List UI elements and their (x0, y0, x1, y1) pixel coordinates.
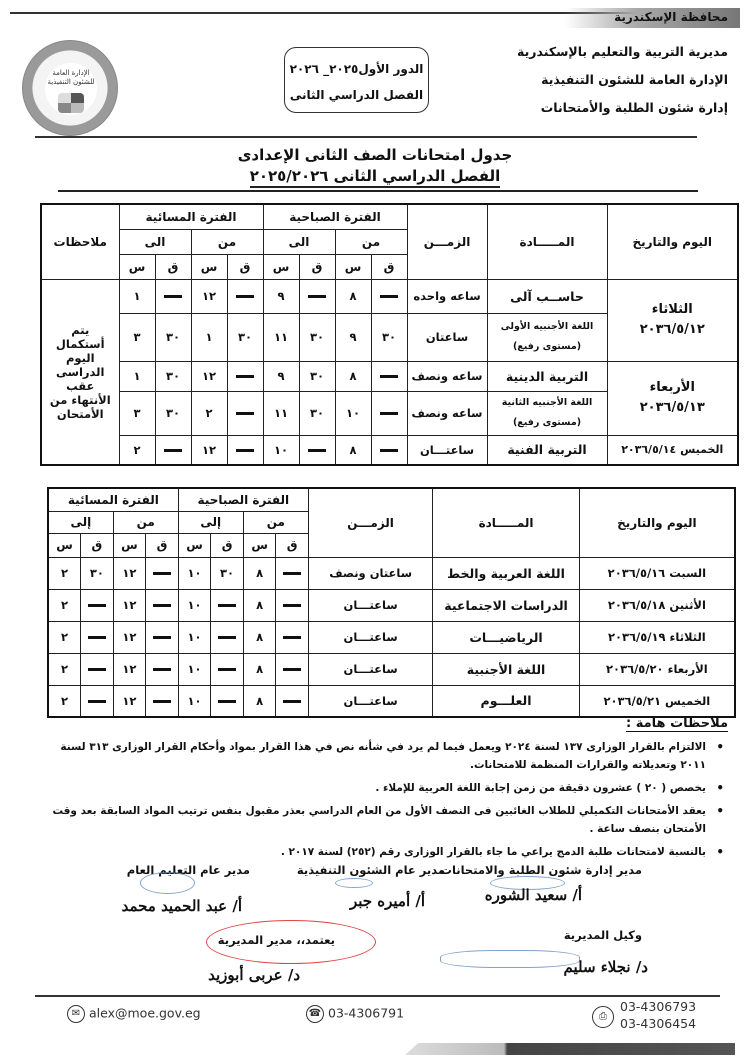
duration-cell: ساعتـــان (308, 685, 432, 717)
dash-mark (380, 295, 398, 298)
time-cell: ٨ (335, 279, 371, 313)
department-lines: مديرية التربية والتعليم بالإسكندرية الإد… (517, 38, 728, 122)
time-cell: ٣٠ (299, 361, 335, 391)
time-cell: ١٠ (178, 685, 211, 717)
time-cell (146, 653, 179, 685)
header-evening-to: الى (119, 229, 191, 254)
time-cell: ٨ (243, 557, 276, 589)
subject-cell: الدراسات الاجتماعية (433, 589, 579, 621)
note-item: يعقد الأمتحانات التكميلي للطلاب الغائبين… (48, 802, 728, 838)
time-cell: ٢ (48, 557, 81, 589)
time-cell: ٨ (335, 361, 371, 391)
header-subject: المـــــادة (433, 488, 579, 557)
header-minute: ق (211, 533, 244, 557)
header-morning-to: إلى (178, 511, 243, 533)
date-cell: الثلاثاء ٢٠٣٦/٥/١٩ (579, 621, 735, 653)
time-cell: ١١ (263, 313, 299, 361)
dash-mark (236, 412, 254, 415)
dash-mark (283, 604, 301, 607)
footer-phone: ☎03-4306791 (306, 1005, 404, 1023)
footer-email: ✉alex@moe.gov.eg (67, 1005, 201, 1023)
time-cell (155, 435, 191, 465)
time-cell: ٣ (119, 391, 155, 435)
header-duration: الزمـــن (407, 204, 487, 279)
time-cell (299, 279, 335, 313)
time-cell (227, 279, 263, 313)
signature-scribble-icon (440, 950, 580, 968)
table-row: السبت ٢٠٣٦/٥/١٦ اللغة العربية والخط ساعت… (48, 557, 735, 589)
subject-cell: اللغة الأجنبيه الأولى (مستوى رفيع) (487, 313, 607, 361)
date-cell: الثلاثاء ٢٠٣٦/٥/١٢ (607, 279, 738, 361)
title-divider (58, 190, 698, 192)
time-cell (146, 621, 179, 653)
header-date: اليوم والتاريخ (579, 488, 735, 557)
time-cell: ١٢ (191, 435, 227, 465)
time-cell (81, 685, 114, 717)
time-cell (371, 361, 407, 391)
time-cell: ١٢ (113, 557, 146, 589)
header-hour: س (263, 254, 299, 279)
time-cell: ١١ (263, 391, 299, 435)
time-cell: ٨ (243, 621, 276, 653)
time-cell: ١٠ (178, 557, 211, 589)
phone-icon: ☎ (306, 1005, 324, 1023)
dash-mark (153, 604, 171, 607)
time-cell: ٢ (48, 685, 81, 717)
duration-cell: ساعتـــان (308, 589, 432, 621)
header-morning: الفترة الصباحية (178, 488, 308, 511)
header-minute: ق (371, 254, 407, 279)
signature-scribble-icon (335, 878, 373, 888)
subject-cell: الرياضيـــات (433, 621, 579, 653)
subject-cell: اللغة الأجنبية (433, 653, 579, 685)
time-cell: ١٢ (113, 621, 146, 653)
time-cell (299, 435, 335, 465)
time-cell (81, 589, 114, 621)
students-affairs-name: إدارة شئون الطلبة والأمتحانات (517, 94, 728, 122)
header-duration: الزمـــن (308, 488, 432, 557)
header-morning-to: الى (263, 229, 335, 254)
table-row: الثلاثاء ٢٠٣٦/٥/١٩ الرياضيـــات ساعتـــا… (48, 621, 735, 653)
header-morning: الفترة الصباحية (263, 204, 407, 229)
subject-cell: العلـــوم (433, 685, 579, 717)
dash-mark (164, 295, 182, 298)
time-cell: ٨ (243, 653, 276, 685)
header-hour: س (178, 533, 211, 557)
directorate-logo: الإدارة العامة للشئون التنفيذية (22, 40, 118, 136)
time-cell (211, 589, 244, 621)
schedule-table-1: اليوم والتاريخ المـــــادة الزمـــن الفت… (40, 203, 739, 466)
time-cell (211, 621, 244, 653)
time-cell: ١٢ (191, 279, 227, 313)
dash-mark (88, 668, 106, 671)
duration-cell: ساعتـــان (308, 621, 432, 653)
dash-mark (218, 636, 236, 639)
time-cell: ١٠ (178, 589, 211, 621)
table-row: الخميس ٢٠٣٦/٥/١٤ التربية الفنية ساعتـــا… (41, 435, 738, 465)
header-hour: س (113, 533, 146, 557)
dash-mark (153, 572, 171, 575)
date-cell: الأربعاء ٢٠٣٦/٥/١٣ (607, 361, 738, 435)
time-cell (146, 685, 179, 717)
time-cell: ٢ (48, 653, 81, 685)
directorate-name: مديرية التربية والتعليم بالإسكندرية (517, 38, 728, 66)
header-minute: ق (276, 533, 309, 557)
time-cell: ٨ (243, 589, 276, 621)
time-cell: ٣٠ (155, 391, 191, 435)
time-cell: ٣ (119, 313, 155, 361)
dash-mark (88, 636, 106, 639)
time-cell: ٩ (335, 313, 371, 361)
dash-mark (283, 700, 301, 703)
time-cell: ١٢ (113, 685, 146, 717)
governorate-label: محافظة الإسكندرية (614, 10, 728, 24)
time-cell (276, 621, 309, 653)
header-minute: ق (227, 254, 263, 279)
time-cell: ٣٠ (227, 313, 263, 361)
time-cell (371, 391, 407, 435)
notes-list: الالتزام بالقرار الوزارى ١٣٧ لسنة ٢٠٢٤ و… (48, 738, 728, 866)
time-cell: ٣٠ (155, 313, 191, 361)
time-cell: ٨ (243, 685, 276, 717)
time-cell: ١٢ (113, 589, 146, 621)
education-name: أ/ عبد الحميد محمد (122, 897, 242, 915)
time-cell: ١٠ (263, 435, 299, 465)
dash-mark (308, 295, 326, 298)
header-minute: ق (155, 254, 191, 279)
dash-mark (153, 636, 171, 639)
header-hour: س (191, 254, 227, 279)
header-evening-to: إلى (48, 511, 113, 533)
header-minute: ق (299, 254, 335, 279)
dash-mark (88, 604, 106, 607)
table-row: الأربعاء ٢٠٣٦/٥/١٣ التربية الدينية ساعه … (41, 361, 738, 391)
time-cell: ٩ (263, 361, 299, 391)
dash-mark (283, 636, 301, 639)
semester: الفصل الدراسي الثانى (285, 82, 428, 108)
subject-cell: اللغة العربية والخط (433, 557, 579, 589)
header-hour: س (335, 254, 371, 279)
executive-title: مدير عام الشئون التنفيذية (297, 863, 445, 877)
time-cell (155, 279, 191, 313)
dash-mark (380, 449, 398, 452)
dash-mark (88, 700, 106, 703)
footer-divider (35, 995, 720, 997)
schedule-table-2: اليوم والتاريخ المـــــادة الزمـــن الفت… (47, 487, 736, 718)
dash-mark (283, 572, 301, 575)
time-cell: ١٢ (113, 653, 146, 685)
approval-title: يعتمد،، مدير المديرية (218, 933, 335, 947)
exam-round-box: الدور الأول٢٠٢٥_ ٢٠٢٦ الفصل الدراسي الثا… (284, 47, 429, 113)
table-row: الثلاثاء ٢٠٣٦/٥/١٢ حاســب آلى ساعه واحده… (41, 279, 738, 313)
time-cell: ١٢ (191, 361, 227, 391)
time-cell: ١٠ (178, 621, 211, 653)
deputy-name: د/ نجلاء سليم (563, 958, 648, 976)
footer-decorative-band (405, 1043, 735, 1055)
time-cell: ٩ (263, 279, 299, 313)
approval-name: د/ عربى أبوزيد (208, 966, 300, 984)
time-cell (146, 557, 179, 589)
date-cell: السبت ٢٠٣٦/٥/١٦ (579, 557, 735, 589)
dash-mark (236, 375, 254, 378)
page-subtitle: الفصل الدراسي الثانى ٢٠٢٥/٢٠٢٦ (0, 167, 750, 185)
deputy-title: وكيل المديرية (564, 928, 642, 942)
table-row: الخميس ٢٠٣٦/٥/٢١ العلـــوم ساعتـــان ٨ ١… (48, 685, 735, 717)
executive-name: أ/ أميره جبر (350, 892, 425, 910)
duration-cell: ساعتان ونصف (308, 557, 432, 589)
time-cell: ١٠ (335, 391, 371, 435)
header-notes: ملاحظات (41, 204, 119, 279)
signature-scribble-icon (140, 872, 195, 894)
dash-mark (236, 449, 254, 452)
exam-round: الدور الأول٢٠٢٥_ ٢٠٢٦ (285, 56, 428, 82)
subject-cell: اللغة الأجنبيه الثانية (مستوى رفيع) (487, 391, 607, 435)
header-evening: الفترة المسائية (119, 204, 263, 229)
notes-cell: يتم أستكمال اليوم الدراسى عقب الأنتهاء م… (41, 279, 119, 465)
footer-fax: ⎙ 03-4306793 03-4306454 (592, 998, 696, 1032)
time-cell: ٢ (119, 435, 155, 465)
duration-cell: ساعتان (407, 313, 487, 361)
time-cell (146, 589, 179, 621)
time-cell (276, 685, 309, 717)
time-cell (371, 279, 407, 313)
date-cell: الأثنين ٢٠٣٦/٥/١٨ (579, 589, 735, 621)
time-cell: ٣٠ (81, 557, 114, 589)
students-affairs-title: مدير إدارة شئون الطلبة والامتحانات (440, 863, 642, 877)
duration-cell: ساعه واحده (407, 279, 487, 313)
time-cell (276, 653, 309, 685)
time-cell: ٢ (191, 391, 227, 435)
date-cell: الخميس ٢٠٣٦/٥/٢١ (579, 685, 735, 717)
time-cell (371, 435, 407, 465)
dash-mark (218, 700, 236, 703)
notes-heading: ملاحظات هامة : (626, 716, 728, 732)
header-hour: س (119, 254, 155, 279)
duration-cell: ساعه ونصف (407, 391, 487, 435)
time-cell: ٣٠ (211, 557, 244, 589)
table-row: الأثنين ٢٠٣٦/٥/١٨ الدراسات الاجتماعية سا… (48, 589, 735, 621)
time-cell: ٢ (48, 589, 81, 621)
envelope-icon: ✉ (67, 1005, 85, 1023)
dash-mark (236, 295, 254, 298)
header-evening-from: من (113, 511, 178, 533)
header-minute: ق (81, 533, 114, 557)
header-minute: ق (146, 533, 179, 557)
header-hour: س (243, 533, 276, 557)
time-cell (81, 653, 114, 685)
header-divider (35, 136, 697, 138)
dash-mark (153, 668, 171, 671)
time-cell (276, 557, 309, 589)
students-affairs-name: أ/ سعيد الشوره (485, 886, 582, 904)
header-morning-from: من (243, 511, 308, 533)
time-cell (81, 621, 114, 653)
note-item: يخصص ( ٢٠ ) عشرون دقيقة من زمن إجابة الل… (48, 779, 728, 797)
table-row: الأربعاء ٢٠٣٦/٥/٢٠ اللغة الأجنبية ساعتــ… (48, 653, 735, 685)
header-date: اليوم والتاريخ (607, 204, 738, 279)
note-item: الالتزام بالقرار الوزارى ١٣٧ لسنة ٢٠٢٤ و… (48, 738, 728, 774)
logo-emblem-icon (58, 93, 84, 113)
duration-cell: ساعتـــان (407, 435, 487, 465)
header-evening-from: من (191, 229, 263, 254)
time-cell (211, 653, 244, 685)
executive-affairs-name: الإدارة العامة للشئون التنفيذية (517, 66, 728, 94)
duration-cell: ساعتـــان (308, 653, 432, 685)
time-cell (227, 435, 263, 465)
subject-cell: التربية الدينية (487, 361, 607, 391)
time-cell: ٣٠ (299, 313, 335, 361)
time-cell: ١ (119, 279, 155, 313)
time-cell: ٣٠ (155, 361, 191, 391)
dash-mark (218, 604, 236, 607)
time-cell: ١٠ (178, 653, 211, 685)
time-cell (227, 361, 263, 391)
time-cell: ١ (191, 313, 227, 361)
dash-mark (164, 449, 182, 452)
time-cell (276, 589, 309, 621)
header-morning-from: من (335, 229, 407, 254)
page-title: جدول امتحانات الصف الثانى الإعدادى (0, 146, 750, 164)
date-cell: الأربعاء ٢٠٣٦/٥/٢٠ (579, 653, 735, 685)
note-item: بالنسبة لامتحانات طلبة الدمج يراعي ما جا… (48, 843, 728, 861)
time-cell: ٨ (335, 435, 371, 465)
dash-mark (380, 412, 398, 415)
dash-mark (153, 700, 171, 703)
dash-mark (218, 668, 236, 671)
fax-icon: ⎙ (592, 1006, 614, 1028)
duration-cell: ساعه ونصف (407, 361, 487, 391)
time-cell: ٣٠ (371, 313, 407, 361)
date-cell: الخميس ٢٠٣٦/٥/١٤ (607, 435, 738, 465)
time-cell: ٢ (48, 621, 81, 653)
time-cell: ٣٠ (299, 391, 335, 435)
header-hour: س (48, 533, 81, 557)
header-subject: المـــــادة (487, 204, 607, 279)
header-evening: الفترة المسائية (48, 488, 178, 511)
subject-cell: التربية الفنية (487, 435, 607, 465)
dash-mark (380, 375, 398, 378)
time-cell: ١ (119, 361, 155, 391)
dash-mark (308, 449, 326, 452)
dash-mark (283, 668, 301, 671)
time-cell (211, 685, 244, 717)
time-cell (227, 391, 263, 435)
subject-cell: حاســب آلى (487, 279, 607, 313)
